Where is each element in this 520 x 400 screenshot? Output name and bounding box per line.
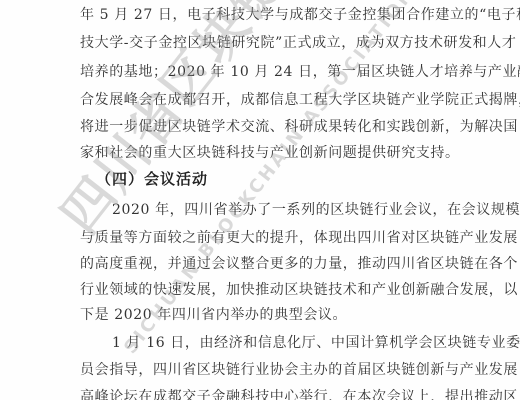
body-text-line: 家和社会的重大区块链科技与产业创新问题提供研究支持。 xyxy=(80,142,442,164)
body-text-line: 2020 年，四川省举办了一系列的区块链行业会议，在会议规模 xyxy=(112,199,442,221)
section-heading: （四）会议活动 xyxy=(96,168,208,190)
document-page: 年 5 月 27 日，电子科技大学与成都交子金控集团合作建立的“电子科 技大学-… xyxy=(0,0,520,400)
body-text-line: 行业领域的快速发展，加快推动区块链技术和产业创新融合发展，以 xyxy=(80,279,442,301)
body-text-line: 1 月 16 日，由经济和信息化厅、中国计算机学会区块链专业委 xyxy=(112,332,442,354)
body-text-line: 高峰论坛在成都交子金融科技中心举行，在本次会议上，提出推动区 xyxy=(80,386,442,400)
body-text-line: 员会指导，四川省区块链行业协会主办的首届区块链创新与产业发展 xyxy=(80,359,442,381)
body-text-line: 技大学-交子金控区块链研究院”正式成立，成为双方技术研发和人才 xyxy=(80,32,442,54)
body-text-line: 年 5 月 27 日，电子科技大学与成都交子金控集团合作建立的“电子科 xyxy=(80,4,442,26)
body-text-line: 与质量等方面较之前有更大的提升，体现出四川省对区块链产业发展 xyxy=(80,227,442,249)
body-text-line: 的高度重视，并通过会议整合更多的力量，推动四川省区块链在各个 xyxy=(80,253,442,275)
body-text-line: 合发展峰会在成都召开，成都信息工程大学区块链产业学院正式揭牌， xyxy=(80,89,442,111)
body-text-line: 将进一步促进区块链学术交流、科研成果转化和实践创新，为解决国 xyxy=(80,116,442,138)
body-text-line: 下是 2020 年四川省内举办的典型会议。 xyxy=(80,304,442,326)
body-text-line: 培养的基地；2020 年 10 月 24 日，第一届区块链人才培养与产业融 xyxy=(80,61,442,83)
